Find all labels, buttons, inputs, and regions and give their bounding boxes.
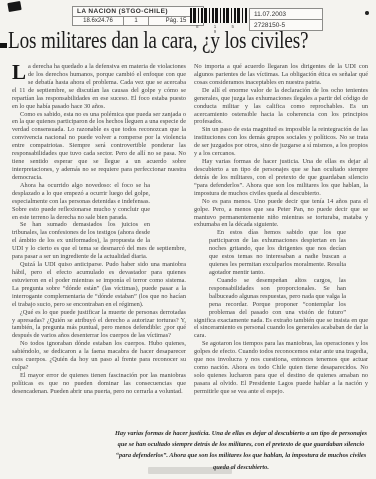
scan-artifact <box>7 1 21 12</box>
pull-quote: Hay varias formas de hacer justicia. Una… <box>112 428 370 473</box>
article-paragraph: El mayor error de quienes tienen fascina… <box>12 372 186 396</box>
article-paragraph: Hay varias formas de hacer justicia. Una… <box>194 158 368 198</box>
clipping-sequence: 1 <box>124 17 149 26</box>
article-body: La derecha ha quedado a la defensiva en … <box>12 63 368 396</box>
right-column: No importa a qué acuerdo llegaran los di… <box>194 63 368 396</box>
scan-artifact <box>194 237 209 313</box>
scan-artifact <box>346 237 368 313</box>
scan-artifact <box>0 43 7 48</box>
article-paragraph: En estos días hemos sabido que los que p… <box>194 229 368 277</box>
scan-artifact <box>365 11 369 15</box>
article-paragraph: De allí el enorme valor de la declaració… <box>194 87 368 127</box>
barcode-icon <box>190 8 247 23</box>
article-paragraph: La derecha ha quedado a la defensiva en … <box>12 63 186 111</box>
source-name: LA NACION (STGO-CHILE) <box>73 7 204 17</box>
article-headline: Los militares dan la cara, ¿y los civile… <box>8 28 299 55</box>
article-paragraph: Cuando se desempeñan altos cargos, las r… <box>194 277 368 340</box>
article-paragraph: Quizá la UDI quiso anticiparse. Pudo hab… <box>12 261 186 309</box>
article-paragraph: ¿Qué es lo que puede justificar la muert… <box>12 309 186 341</box>
drop-cap: L <box>12 64 26 80</box>
article-paragraph: No es para menos. Uno puede decir que te… <box>194 198 368 230</box>
left-column: La derecha ha quedado a la defensiva en … <box>12 63 186 396</box>
article-paragraph: No todos ignoraban dónde estaban los cue… <box>12 340 186 372</box>
clipping-dimensions: 18.6x24.76 <box>73 17 124 26</box>
clipping-meta-table: LA NACION (STGO-CHILE) 18.6x24.76 1 Pág.… <box>72 6 204 26</box>
newspaper-clipping-page: LA NACION (STGO-CHILE) 18.6x24.76 1 Pág.… <box>0 0 376 479</box>
article-paragraph: Sin un paso de esta magnitud es imposibl… <box>194 126 368 158</box>
article-paragraph: Como es sabido, esta no es una polémica … <box>12 111 186 182</box>
scan-artifact <box>150 182 186 244</box>
paragraph-text: a derecha ha quedado a la defensiva en m… <box>12 63 186 110</box>
article-paragraph: No importa a qué acuerdo llegaran los di… <box>194 63 368 87</box>
article-paragraph: Se agotaron los tiempos para las maniobr… <box>194 340 368 395</box>
clipping-date: 11.07.2003 <box>250 9 322 19</box>
